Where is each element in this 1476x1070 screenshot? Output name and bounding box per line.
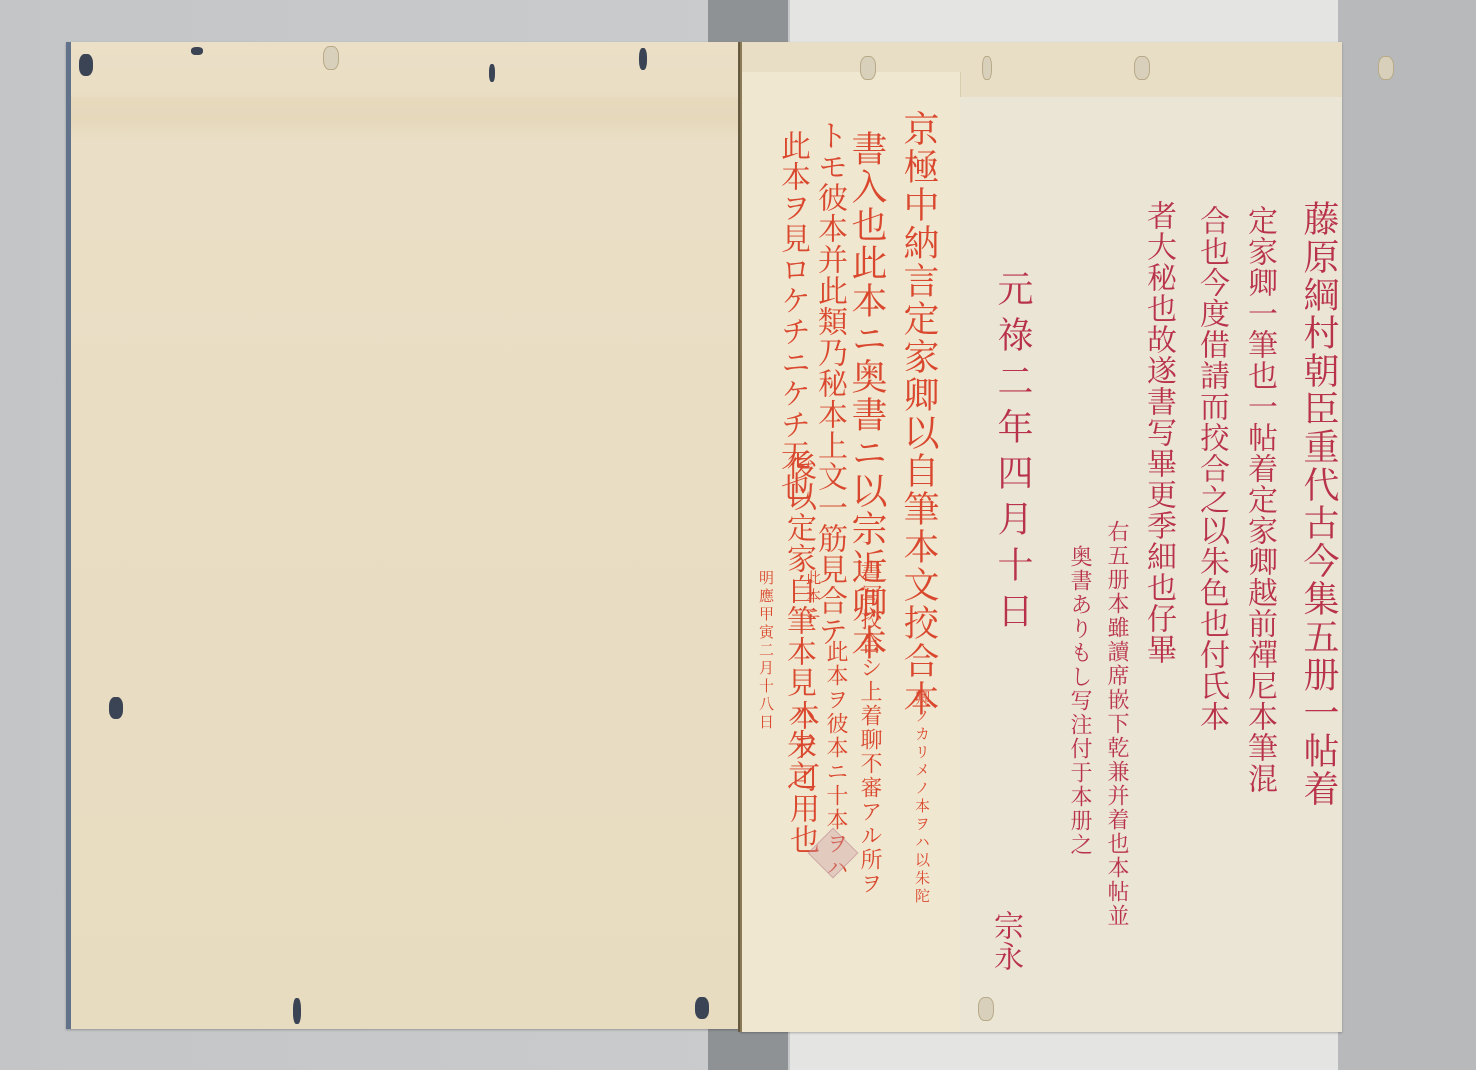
note-small-column-1: 右五册本雖讀席嵌下乾兼并着也本帖並 bbox=[1105, 520, 1127, 928]
slip-column-3: トモ彼本并此類乃秘本上文一筋見合テ bbox=[814, 120, 844, 647]
binding-hole bbox=[293, 998, 301, 1024]
binding-hole bbox=[639, 48, 647, 70]
binding-hole bbox=[79, 54, 93, 76]
note-column-2: 定家卿一筆也一帖着定家卿越前禪尼本筆混 bbox=[1244, 205, 1274, 794]
note-column-4: 者大秘也故遂書写畢更季細也仔畢 bbox=[1143, 200, 1173, 665]
slip-column-5-tail: 本ヲ可用也 bbox=[786, 700, 816, 855]
binding-hole bbox=[1378, 56, 1394, 80]
note-column-1: 藤原綱村朝臣重代古今集五册一帖着 bbox=[1300, 200, 1336, 808]
background-gray-right bbox=[1338, 0, 1476, 1070]
binding-hole bbox=[860, 56, 876, 80]
slip-column-1: 京極中納言定家卿以自筆本文挍合本 bbox=[900, 110, 936, 718]
slip-colophon-date: 明應甲寅二月十八日 bbox=[758, 570, 773, 732]
binding-hole bbox=[1134, 56, 1150, 80]
binding-hole bbox=[109, 697, 123, 719]
signature: 宗永 bbox=[990, 910, 1020, 972]
note-column-3: 合也今度借請而挍合之以朱色也付氏本 bbox=[1196, 205, 1226, 732]
slip-column-2-tail: 書写挍合シ上着聊不審アル所ヲ bbox=[858, 560, 880, 896]
binding-hole bbox=[191, 47, 203, 55]
date-column: 元祿二年四月十日 bbox=[994, 270, 1030, 638]
binding-hole bbox=[695, 997, 709, 1019]
left-page-blank bbox=[66, 42, 741, 1029]
slip-column-4: 此本ヲ見ロケチニケチ无也 bbox=[777, 130, 807, 502]
slip-column-1-tail: 卿ノカリメノ本ヲハ以朱陀 bbox=[914, 690, 929, 906]
binding-hole bbox=[978, 997, 994, 1021]
binding-hole bbox=[489, 64, 495, 82]
binding-hole bbox=[323, 46, 339, 70]
binding-hole bbox=[982, 56, 992, 80]
note-small-column-2: 奥書ありもし写注付于本册之 bbox=[1068, 545, 1090, 857]
